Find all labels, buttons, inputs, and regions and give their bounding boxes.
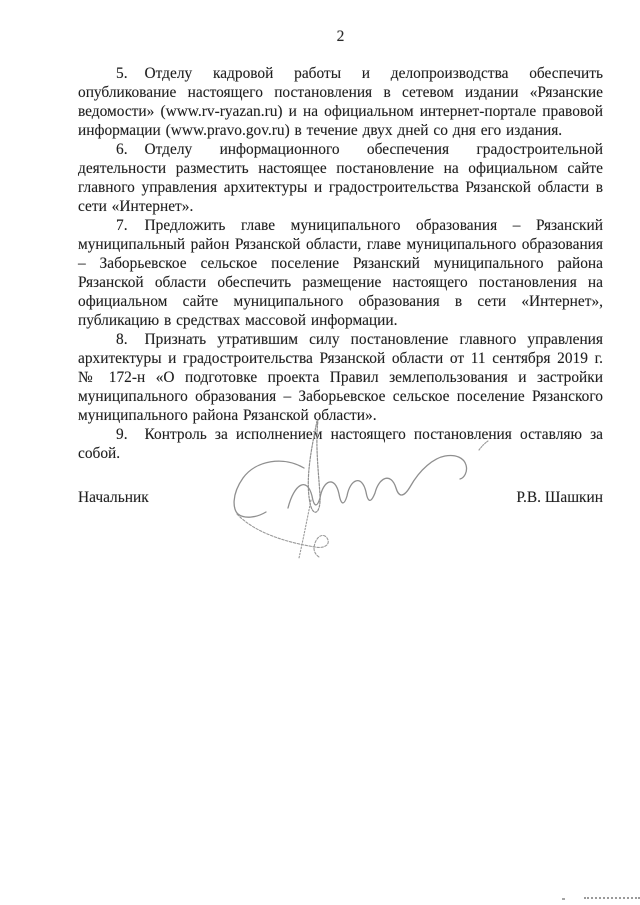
page-number: 2 <box>78 28 603 46</box>
signature-block: Начальник Р.В. Шашкин <box>78 489 603 507</box>
paragraph-number: 7. <box>116 217 145 234</box>
paragraph-text: Отделу информационного обеспечения градо… <box>78 141 603 215</box>
paragraph-6: 6.Отделу информационного обеспечения гра… <box>78 140 603 216</box>
document-page: 2 5.Отделу кадровой работы и делопроизво… <box>0 0 640 905</box>
paragraph-number: 9. <box>116 426 145 443</box>
paragraph-text: Предложить главе муниципального образова… <box>78 217 603 329</box>
document-body: 5.Отделу кадровой работы и делопроизводс… <box>78 64 603 463</box>
paragraph-text: Отделу кадровой работы и делопроизводств… <box>78 65 603 139</box>
paragraph-number: 5. <box>116 65 145 82</box>
signer-position: Начальник <box>78 489 149 507</box>
scan-artifact-dot <box>562 898 565 900</box>
paragraph-number: 8. <box>116 331 145 348</box>
signature-scribble <box>222 408 492 568</box>
signer-name: Р.В. Шашкин <box>516 489 603 507</box>
paragraph-7: 7.Предложить главе муниципального образо… <box>78 216 603 330</box>
paragraph-number: 6. <box>116 141 145 158</box>
paragraph-5: 5.Отделу кадровой работы и делопроизводс… <box>78 64 603 140</box>
scan-artifact-dots <box>584 897 640 899</box>
